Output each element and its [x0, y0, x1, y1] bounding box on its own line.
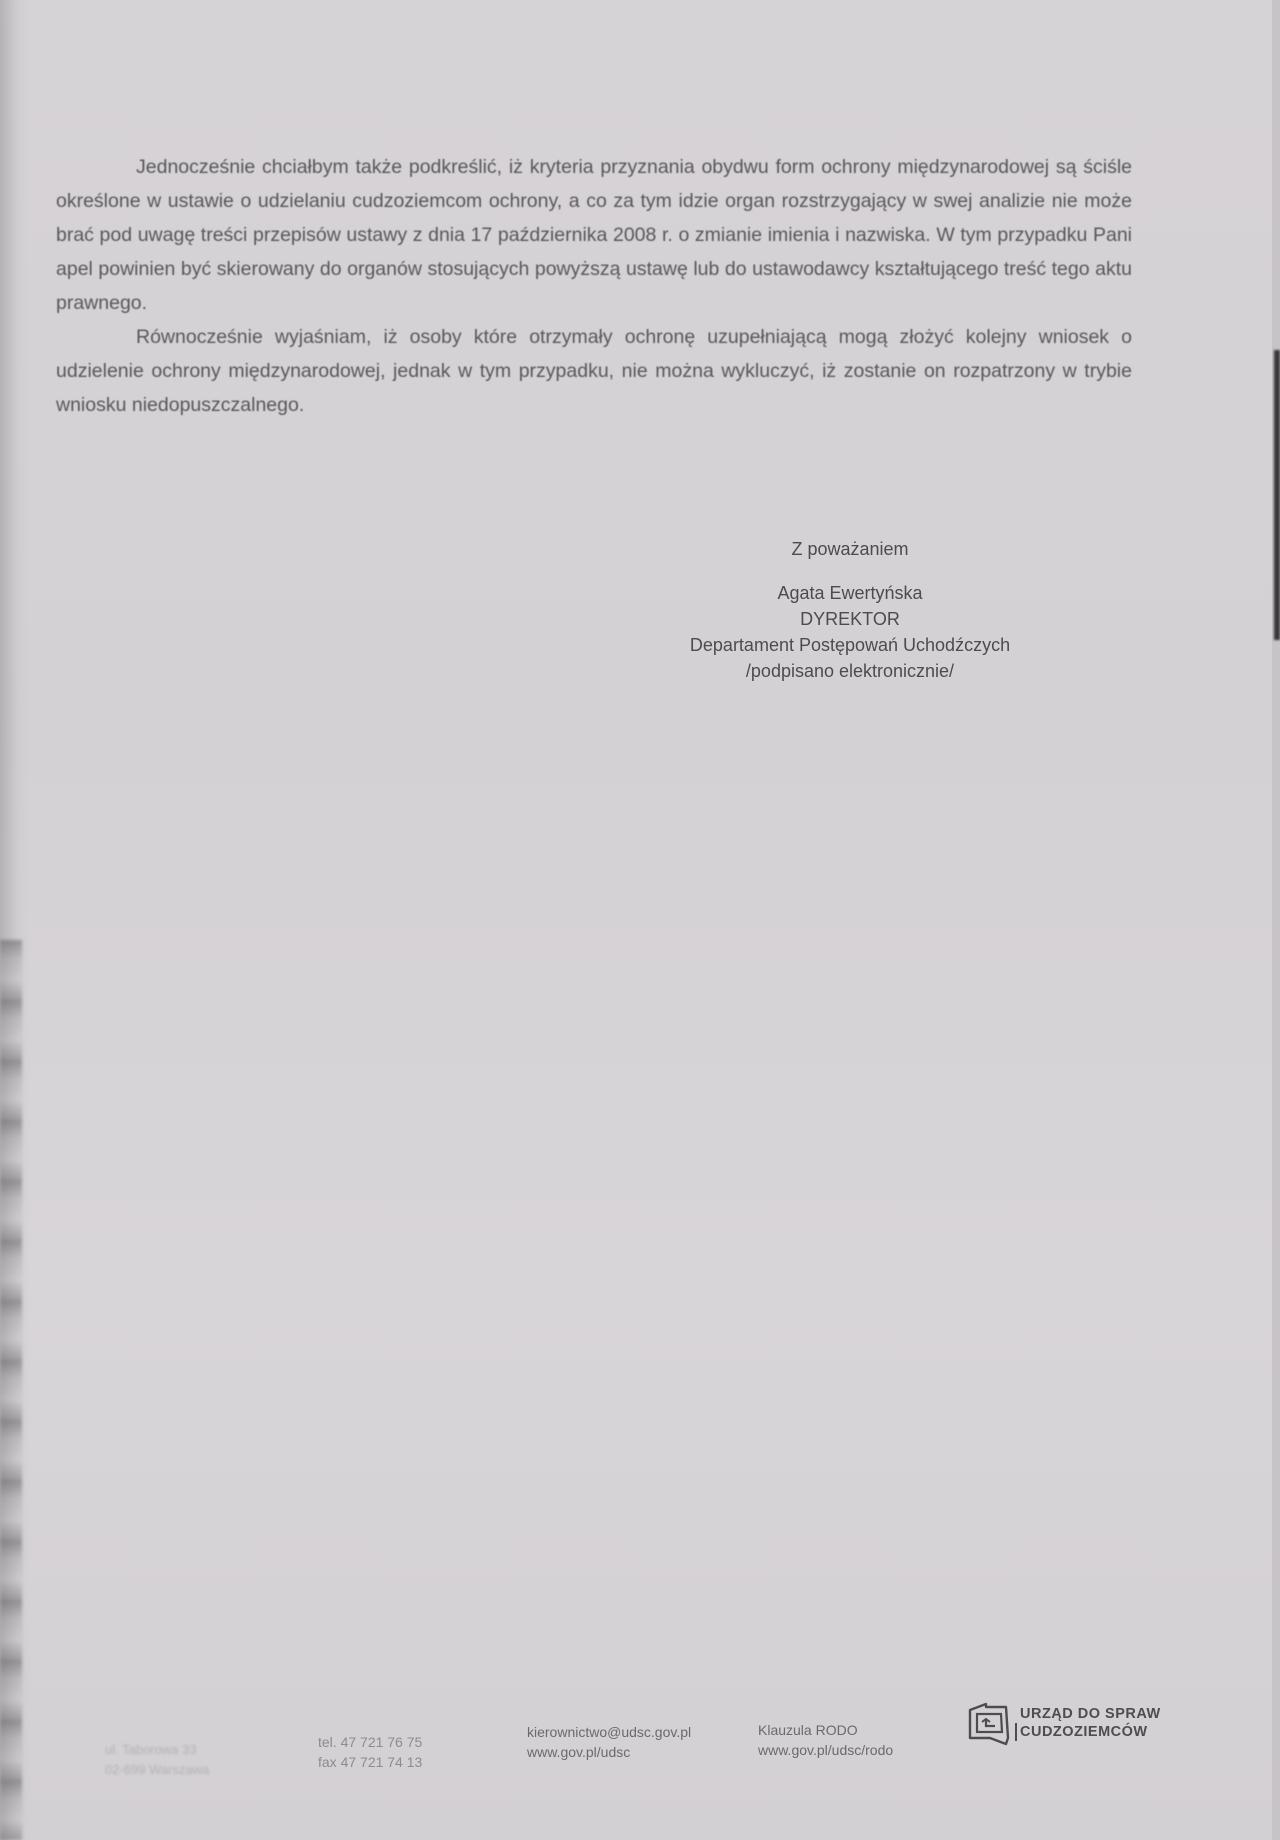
signatory-title: DYREKTOR	[600, 606, 1100, 632]
udsc-logo-icon	[966, 1700, 1014, 1746]
rodo-link: www.gov.pl/udsc/rodo	[758, 1740, 893, 1760]
phone-number: tel. 47 721 76 75	[318, 1732, 422, 1752]
rodo-label: Klauzula RODO	[758, 1720, 893, 1740]
udsc-logo: URZĄD DO SPRAW CUDZOZIEMCÓW	[966, 1700, 1161, 1746]
letter-body: Jednocześnie chciałbym także podkreślić,…	[56, 150, 1132, 422]
paragraph-criteria: Jednocześnie chciałbym także podkreślić,…	[56, 150, 1132, 320]
contact-email: kierownictwo@udsc.gov.pl	[527, 1722, 691, 1742]
logo-line-1: URZĄD DO SPRAW	[1020, 1705, 1161, 1723]
page-right-edge	[1272, 0, 1280, 1840]
letter-page: Jednocześnie chciałbym także podkreślić,…	[0, 0, 1280, 1840]
paragraph-new-application: Równocześnie wyjaśniam, iż osoby które o…	[56, 320, 1132, 422]
address-street: ul. Taborowa 33	[105, 1740, 209, 1760]
contact-website: www.gov.pl/udsc	[527, 1742, 691, 1762]
closing-greeting: Z poważaniem	[600, 536, 1100, 562]
footer-contact: kierownictwo@udsc.gov.pl www.gov.pl/udsc	[527, 1722, 691, 1762]
page-left-edge-marks	[0, 940, 22, 1840]
electronic-signature-note: /podpisano elektronicznie/	[600, 658, 1100, 684]
footer-address: ul. Taborowa 33 02-699 Warszawa	[105, 1740, 209, 1780]
background-object	[1274, 350, 1280, 640]
footer-rodo: Klauzula RODO www.gov.pl/udsc/rodo	[758, 1720, 893, 1760]
signature-block: Z poważaniem Agata Ewertyńska DYREKTOR D…	[600, 536, 1100, 684]
signatory-name: Agata Ewertyńska	[600, 580, 1100, 606]
logo-line-2: CUDZOZIEMCÓW	[1015, 1723, 1161, 1741]
signatory-department: Departament Postępowań Uchodźczych	[600, 632, 1100, 658]
udsc-logo-text: URZĄD DO SPRAW CUDZOZIEMCÓW	[1020, 1705, 1161, 1741]
address-city: 02-699 Warszawa	[105, 1760, 209, 1780]
fax-number: fax 47 721 74 13	[318, 1752, 422, 1772]
footer-phones: tel. 47 721 76 75 fax 47 721 74 13	[318, 1732, 422, 1772]
